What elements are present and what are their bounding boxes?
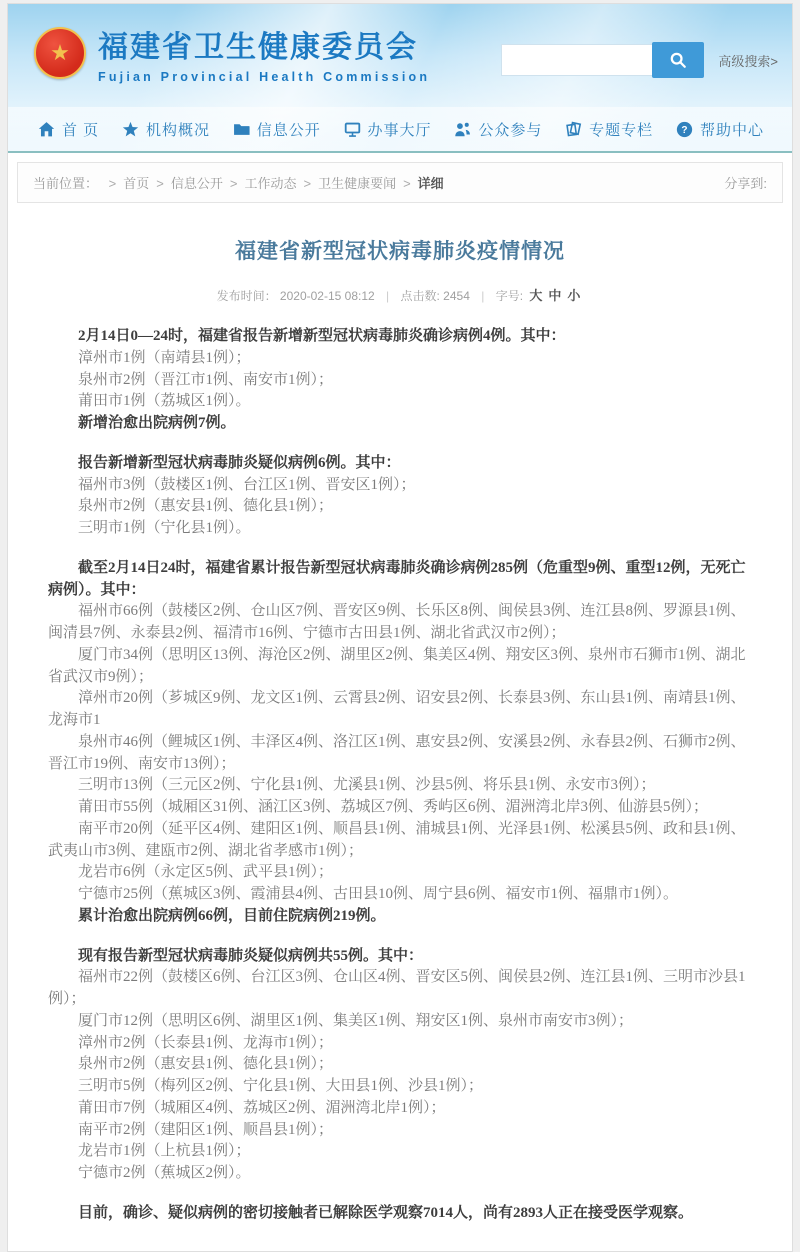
main-nav: 首 页 机构概况 信息公开 办事大厅 (8, 107, 792, 153)
breadcrumb-item[interactable]: >工作动态 (223, 176, 297, 191)
national-emblem-logo: ★ (34, 27, 86, 79)
article-body: 2月14日0—24时，福建省报告新增新型冠状病毒肺炎确诊病例4例。其中：漳州市1… (48, 326, 752, 1225)
search-input[interactable] (501, 44, 653, 76)
article-paragraph: 厦门市34例（思明区13例、海沧区2例、湖里区2例、集美区4例、翔安区3例、泉州… (48, 645, 752, 689)
nav-item-special-topics[interactable]: 专题专栏 (565, 119, 653, 140)
article-paragraph: 累计治愈出院病例66例，目前住院病例219例。 (48, 906, 752, 928)
article-paragraph: 龙岩市1例（上杭县1例）； (48, 1141, 752, 1163)
article-paragraph: 莆田市1例（荔城区1例）。 (48, 391, 752, 413)
article-paragraph: 龙岩市6例（永定区5例、武平县1例）； (48, 862, 752, 884)
breadcrumb-item[interactable]: >卫生健康要闻 (296, 176, 396, 191)
breadcrumb-separator: > (109, 176, 117, 191)
page-container: ★ 福建省卫生健康委员会 Fujian Provincial Health Co… (7, 3, 793, 1252)
breadcrumb-prefix: 当前位置： (33, 176, 98, 191)
site-subtitle: Fujian Provincial Health Commission (98, 70, 430, 84)
article-paragraph: 三明市5例（梅列区2例、宁化县1例、大田县1例、沙县1例）； (48, 1076, 752, 1098)
article-paragraph: 三明市13例（三元区2例、宁化县1例、尤溪县1例、沙县5例、将乐县1例、永安市3… (48, 775, 752, 797)
fontsize-switcher: 大中小 (526, 289, 583, 303)
article-paragraph: 厦门市12例（思明区6例、湖里区1例、集美区1例、翔安区1例、泉州市南安市3例）… (48, 1011, 752, 1033)
article: 福建省新型冠状病毒肺炎疫情情况 发布时间： 2020-02-15 08:12 |… (8, 203, 792, 1251)
breadcrumb: 当前位置： >首页>信息公开>工作动态>卫生健康要闻>详细 (33, 173, 444, 192)
monitor-icon (344, 121, 361, 138)
article-paragraph: 泉州市46例（鲤城区1例、丰泽区4例、洛江区1例、惠安县2例、安溪县2例、永春县… (48, 732, 752, 776)
hits-value: 2454 (443, 289, 470, 303)
article-title: 福建省新型冠状病毒肺炎疫情情况 (48, 235, 752, 265)
breadcrumb-item[interactable]: >详细 (396, 176, 444, 191)
star-icon (122, 121, 139, 138)
article-meta: 发布时间： 2020-02-15 08:12 | 点击数: 2454 | 字号:… (48, 285, 752, 304)
hits-label: 点击数: (400, 289, 439, 303)
breadcrumb-separator: > (156, 176, 164, 191)
site-header: ★ 福建省卫生健康委员会 Fujian Provincial Health Co… (8, 4, 792, 153)
publish-time-label: 发布时间： (217, 289, 277, 303)
svg-text:?: ? (681, 125, 687, 136)
breadcrumb-separator: > (230, 176, 238, 191)
breadcrumb-item[interactable]: >信息公开 (149, 176, 223, 191)
nav-item-help-center[interactable]: ? 帮助中心 (676, 119, 764, 140)
nav-item-service-hall[interactable]: 办事大厅 (344, 119, 432, 140)
question-icon: ? (676, 121, 693, 138)
nav-item-public-participation[interactable]: 公众参与 (454, 119, 542, 140)
article-paragraph: 三明市1例（宁化县1例）。 (48, 518, 752, 540)
article-paragraph: 漳州市20例（芗城区9例、龙文区1例、云霄县2例、诏安县2例、长泰县3例、东山县… (48, 688, 752, 732)
breadcrumb-bar: 当前位置： >首页>信息公开>工作动态>卫生健康要闻>详细 分享到: (17, 162, 783, 203)
article-paragraph: 宁德市25例（蕉城区3例、霞浦县4例、古田县10例、周宁县6例、福安市1例、福鼎… (48, 884, 752, 906)
fontsize-label: 字号: (496, 289, 523, 303)
site-title: 福建省卫生健康委员会 (98, 22, 430, 66)
article-paragraph: 截至2月14日24时，福建省累计报告新型冠状病毒肺炎确诊病例285例（危重型9例… (48, 558, 752, 602)
font-size-option[interactable]: 小 (567, 288, 580, 303)
nav-item-org-overview[interactable]: 机构概况 (122, 119, 210, 140)
article-paragraph: 漳州市1例（南靖县1例）； (48, 348, 752, 370)
font-size-option[interactable]: 中 (548, 288, 561, 303)
brand-text: 福建省卫生健康委员会 Fujian Provincial Health Comm… (98, 22, 430, 84)
article-paragraph: 莆田市55例（城厢区31例、涵江区3例、荔城区7例、秀屿区6例、湄洲湾北岸3例、… (48, 797, 752, 819)
search-icon (669, 51, 687, 69)
advanced-search-link[interactable]: 高级搜索> (718, 51, 778, 70)
article-paragraph: 泉州市2例（惠安县1例、德化县1例）； (48, 1054, 752, 1076)
article-paragraph: 2月14日0—24时，福建省报告新增新型冠状病毒肺炎确诊病例4例。其中： (48, 326, 752, 348)
people-icon (454, 121, 471, 138)
article-paragraph: 宁德市2例（蕉城区2例）。 (48, 1163, 752, 1185)
header-top: ★ 福建省卫生健康委员会 Fujian Provincial Health Co… (8, 4, 792, 107)
nav-item-home[interactable]: 首 页 (38, 119, 99, 140)
article-paragraph: 福州市3例（鼓楼区1例、台江区1例、晋安区1例）； (48, 475, 752, 497)
emblem-star-icon: ★ (50, 42, 70, 64)
pages-icon (565, 121, 582, 138)
article-paragraph: 福州市22例（鼓楼区6例、台江区3例、仓山区4例、晋安区5例、闽侯县2例、连江县… (48, 967, 752, 1011)
article-paragraph: 漳州市2例（长泰县1例、龙海市1例）； (48, 1033, 752, 1055)
font-size-option[interactable]: 大 (529, 288, 542, 303)
breadcrumb-separator: > (403, 176, 411, 191)
article-paragraph: 新增治愈出院病例7例。 (48, 413, 752, 435)
article-paragraph: 现有报告新型冠状病毒肺炎疑似病例共55例。其中： (48, 946, 752, 968)
article-paragraph: 目前，确诊、疑似病例的密切接触者已解除医学观察7014人，尚有2893人正在接受… (48, 1203, 752, 1225)
home-icon (38, 121, 55, 138)
article-paragraph: 报告新增新型冠状病毒肺炎疑似病例6例。其中： (48, 453, 752, 475)
publish-time-value: 2020-02-15 08:12 (280, 289, 375, 303)
article-paragraph: 莆田市7例（城厢区4例、荔城区2例、湄洲湾北岸1例）； (48, 1098, 752, 1120)
article-paragraph: 泉州市2例（晋江市1例、南安市1例）； (48, 370, 752, 392)
article-paragraph: 泉州市2例（惠安县1例、德化县1例）； (48, 496, 752, 518)
breadcrumb-items: >首页>信息公开>工作动态>卫生健康要闻>详细 (102, 176, 444, 191)
article-paragraph: 福州市66例（鼓楼区2例、仓山区7例、晋安区9例、长乐区8例、闽侯县3例、连江县… (48, 601, 752, 645)
meta-separator: | (481, 289, 484, 303)
article-paragraph: 南平市2例（建阳区1例、顺昌县1例）； (48, 1120, 752, 1142)
meta-separator: | (386, 289, 389, 303)
breadcrumb-item[interactable]: >首页 (102, 176, 150, 191)
site-brand: ★ 福建省卫生健康委员会 Fujian Provincial Health Co… (34, 22, 430, 84)
breadcrumb-separator: > (303, 176, 311, 191)
share-label: 分享到: (724, 173, 767, 192)
search-button[interactable] (652, 42, 704, 78)
article-paragraph: 南平市20例（延平区4例、建阳区1例、顺昌县1例、浦城县1例、光泽县1例、松溪县… (48, 819, 752, 863)
folder-icon (233, 121, 250, 138)
search-area: 高级搜索> (501, 42, 778, 78)
nav-item-info-disclosure[interactable]: 信息公开 (233, 119, 321, 140)
